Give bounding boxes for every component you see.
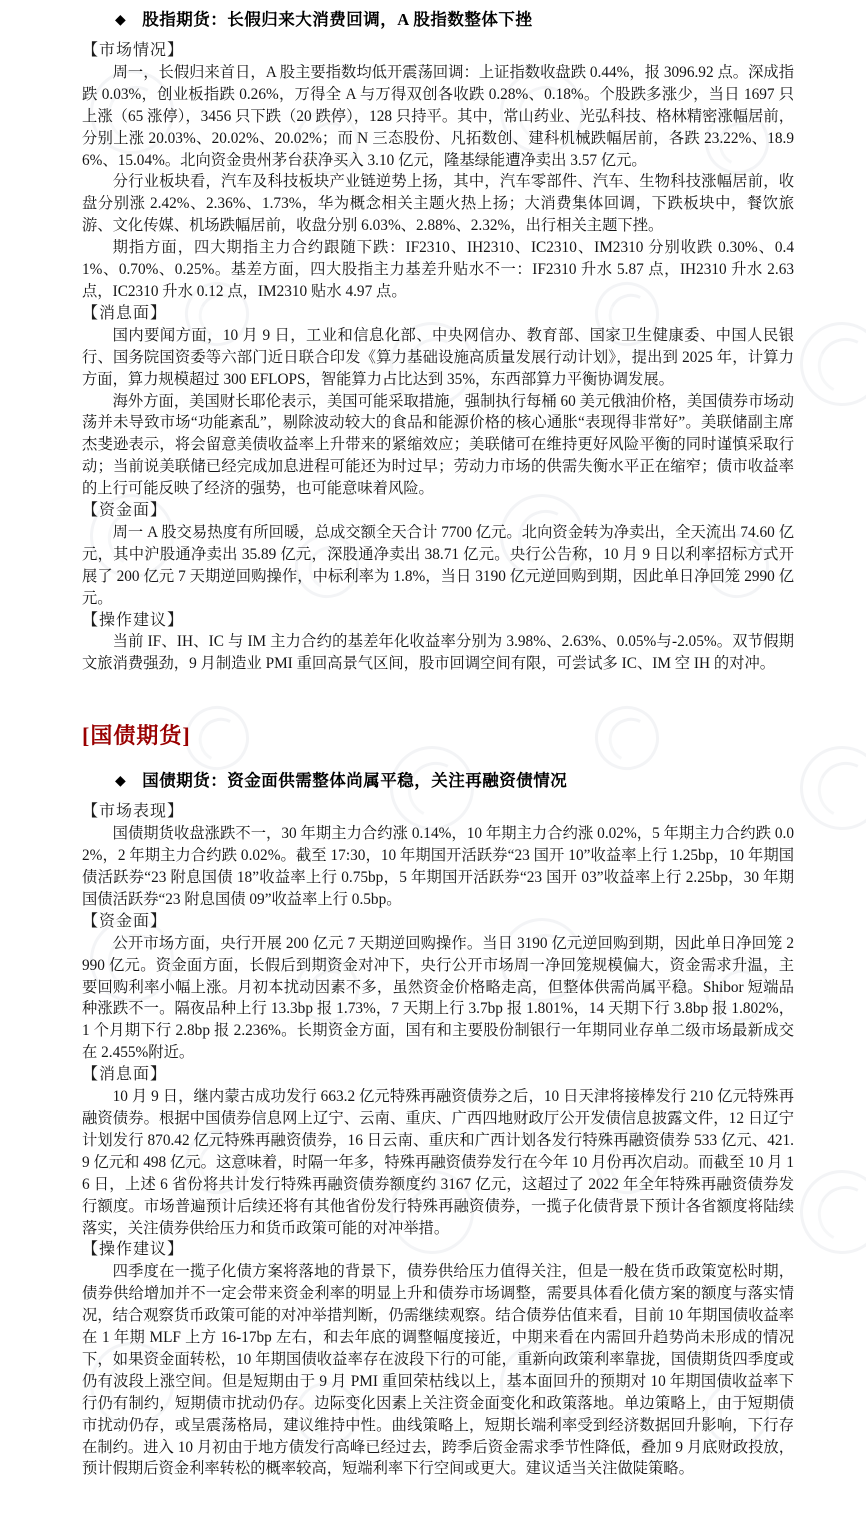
- label-advice: 【操作建议】: [82, 610, 794, 632]
- label-news: 【消息面】: [82, 1064, 794, 1086]
- paragraph-treasury-funds: 公开市场方面，央行开展 200 亿元 7 天期逆回购操作。当日 3190 亿元逆…: [82, 933, 794, 1064]
- paragraph-funds: 周一 A 股交易热度有所回暖，总成交额全天合计 7700 亿元。北向资金转为净卖…: [82, 522, 794, 610]
- section-heading-text: 国债期货：资金面供需整体尚属平稳，关注再融资债情况: [142, 771, 567, 790]
- watermark-logo-icon: [789, 311, 866, 417]
- paragraph-treasury-market: 国债期货收盘涨跌不一，30 年期主力合约涨 0.14%，10 年期主力合约涨 0…: [82, 823, 794, 911]
- label-funds: 【资金面】: [82, 500, 794, 522]
- section-heading-treasury: ◆国债期货：资金面供需整体尚属平稳，关注再融资债情况: [82, 767, 794, 797]
- paragraph-market-2: 分行业板块看，汽车及科技板块产业链逆势上扬，其中，汽车零部件、汽车、生物科技涨幅…: [82, 171, 794, 237]
- label-advice: 【操作建议】: [82, 1239, 794, 1261]
- label-market-performance: 【市场表现】: [82, 801, 794, 823]
- section-treasury-futures: [国债期货] ◆国债期货：资金面供需整体尚属平稳，关注再融资债情况 【市场表现】…: [82, 721, 794, 1480]
- label-news: 【消息面】: [82, 303, 794, 325]
- diamond-bullet-icon: ◆: [115, 768, 126, 796]
- paragraph-market-1: 周一，长假归来首日，A 股主要指数均低开震荡回调：上证指数收盘跌 0.44%，报…: [82, 62, 794, 172]
- paragraph-market-3: 期指方面，四大期指主力合约跟随下跌：IF2310、IH2310、IC2310、I…: [82, 237, 794, 303]
- paragraph-advice: 当前 IF、IH、IC 与 IM 主力合约的基差年化收益率分别为 3.98%、2…: [82, 631, 794, 675]
- section-heading-stock-index: ◆股指期货：长假归来大消费回调，A 股指数整体下挫: [82, 6, 794, 36]
- label-market-condition: 【市场情况】: [82, 40, 794, 62]
- diamond-bullet-icon: ◆: [115, 7, 126, 35]
- paragraph-treasury-advice: 四季度在一揽子化债方案将落地的背景下，债券供给压力值得关注，但是一般在货币政策宽…: [82, 1261, 794, 1480]
- paragraph-news-domestic: 国内要闻方面，10 月 9 日，工业和信息化部、中央网信办、教育部、国家卫生健康…: [82, 325, 794, 391]
- paragraph-news-overseas: 海外方面，美国财长耶伦表示，美国可能采取措施，强制执行每桶 60 美元俄油价格，…: [82, 391, 794, 501]
- label-funds: 【资金面】: [82, 911, 794, 933]
- section-stock-index-futures: ◆股指期货：长假归来大消费回调，A 股指数整体下挫 【市场情况】 周一，长假归来…: [82, 6, 794, 675]
- watermark-logo-icon: [789, 1159, 866, 1265]
- report-page: ◆股指期货：长假归来大消费回调，A 股指数整体下挫 【市场情况】 周一，长假归来…: [82, 6, 794, 1480]
- section-banner-treasury: [国债期货]: [82, 721, 794, 751]
- section-heading-text: 股指期货：长假归来大消费回调，A 股指数整体下挫: [142, 10, 532, 29]
- watermark-logo-icon: [789, 735, 866, 841]
- paragraph-treasury-news: 10 月 9 日，继内蒙古成功发行 663.2 亿元特殊再融资债券之后，10 日…: [82, 1086, 794, 1239]
